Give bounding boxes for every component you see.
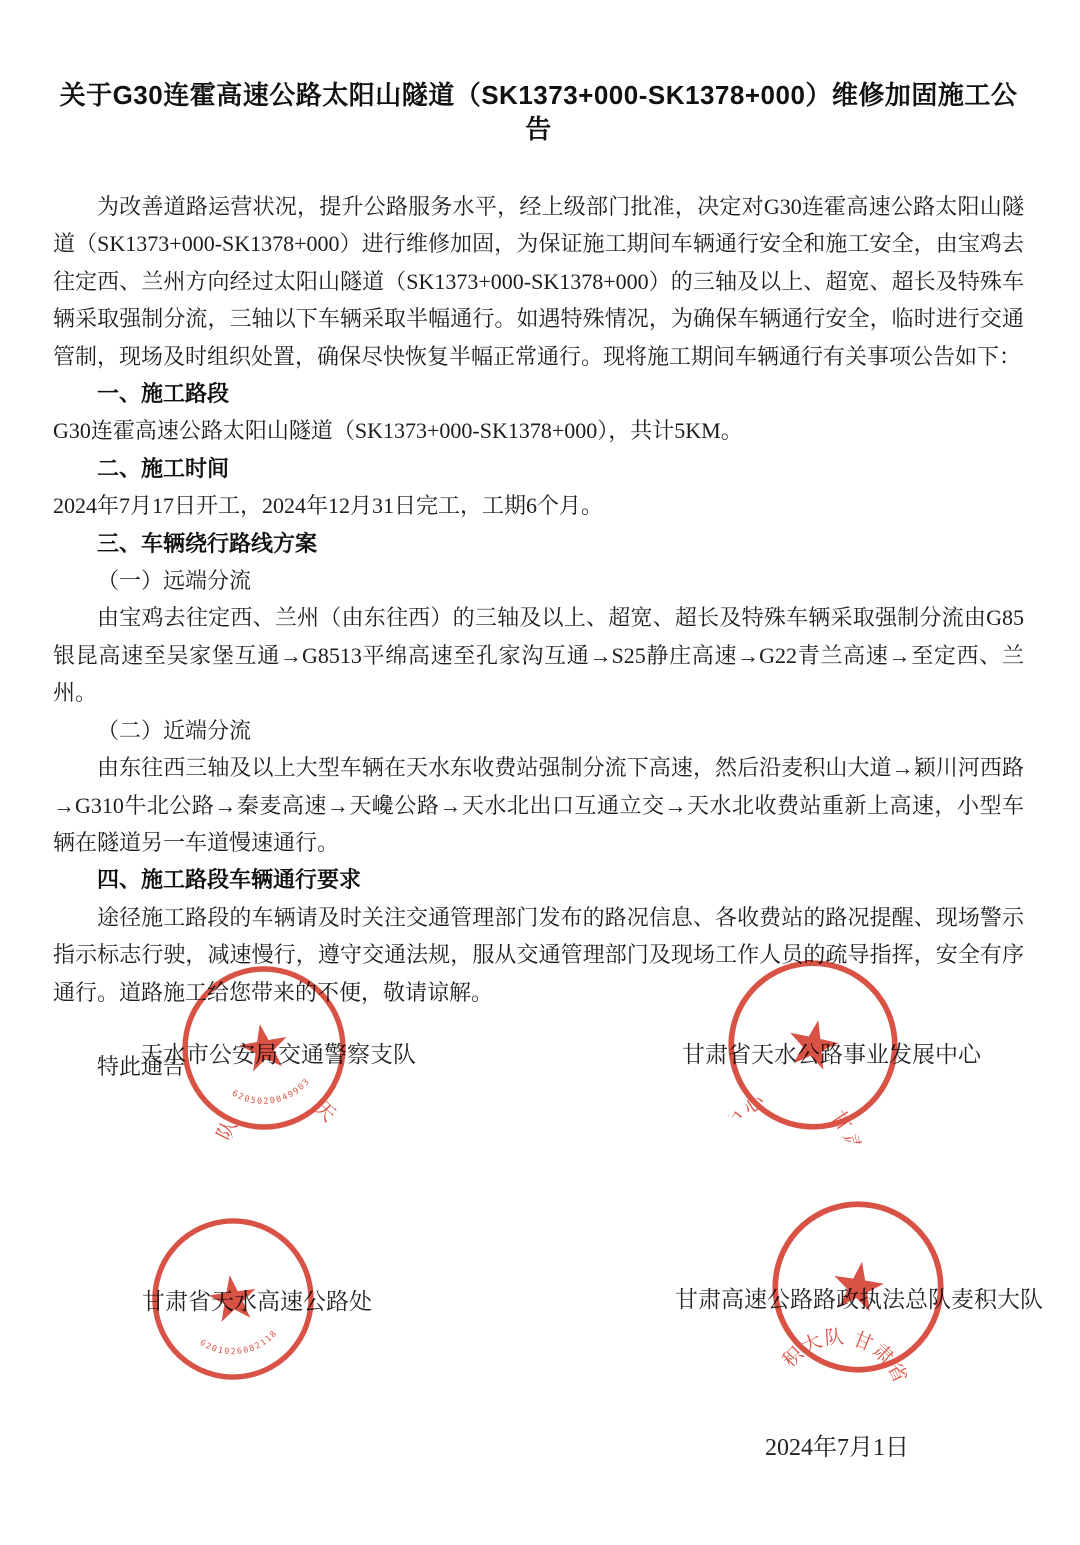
section-4-heading: 四、施工路段车辆通行要求 — [53, 861, 1024, 898]
subsection-3-1-body: 由宝鸡去往定西、兰州（由东往西）的三轴及以上、超宽、超长及特殊车辆采取强制分流由… — [53, 599, 1024, 711]
svg-text:6201026082118: 6201026082118 — [197, 1327, 281, 1362]
section-3-heading: 三、车辆绕行路线方案 — [53, 525, 1024, 562]
subsection-3-2-heading: （二）近端分流 — [53, 712, 1024, 749]
section-2-heading: 二、施工时间 — [53, 450, 1024, 487]
page-title: 关于G30连霍高速公路太阳山隧道（SK1373+000-SK1378+000）维… — [53, 78, 1024, 146]
star-icon — [236, 1020, 291, 1073]
official-seal-highway-center: 甘肃省天水公路事业发展中心 — [710, 942, 916, 1148]
star-icon — [830, 1258, 887, 1313]
subsection-3-1-heading: （一）远端分流 — [53, 562, 1024, 599]
svg-text:6205020049903: 6205020049903 — [229, 1075, 314, 1113]
document-body: 关于G30连霍高速公路太阳山隧道（SK1373+000-SK1378+000）维… — [53, 78, 1024, 1085]
seal-number: 6201026082118 — [197, 1327, 281, 1362]
official-seal-police: 天水市公安局交通警察支队 6205020049903 — [167, 951, 362, 1146]
star-icon — [206, 1272, 259, 1323]
official-seal-law-enforcement: 甘肃省高速公路路政执法总队麦积大队 — [757, 1186, 958, 1387]
section-1-body: G30连霍高速公路太阳山隧道（SK1373+000-SK1378+000），共计… — [53, 412, 1024, 449]
star-icon — [784, 1015, 842, 1072]
notice-document: 关于G30连霍高速公路太阳山隧道（SK1373+000-SK1378+000）维… — [0, 0, 1080, 1545]
intro-paragraph: 为改善道路运营状况，提升公路服务水平，经上级部门批准，决定对G30连霍高速公路太… — [53, 188, 1024, 375]
subsection-3-2-body: 由东往西三轴及以上大型车辆在天水东收费站强制分流下高速，然后沿麦积山大道→颖川河… — [53, 749, 1024, 861]
section-1-heading: 一、施工路段 — [53, 375, 1024, 412]
section-2-body: 2024年7月17日开工，2024年12月31日完工，工期6个月。 — [53, 487, 1024, 524]
official-seal-highway-office: 甘肃省天水高速公路处 6201026082118 — [139, 1205, 326, 1392]
seal-number: 6205020049903 — [229, 1075, 314, 1113]
document-date: 2024年7月1日 — [765, 1427, 909, 1462]
